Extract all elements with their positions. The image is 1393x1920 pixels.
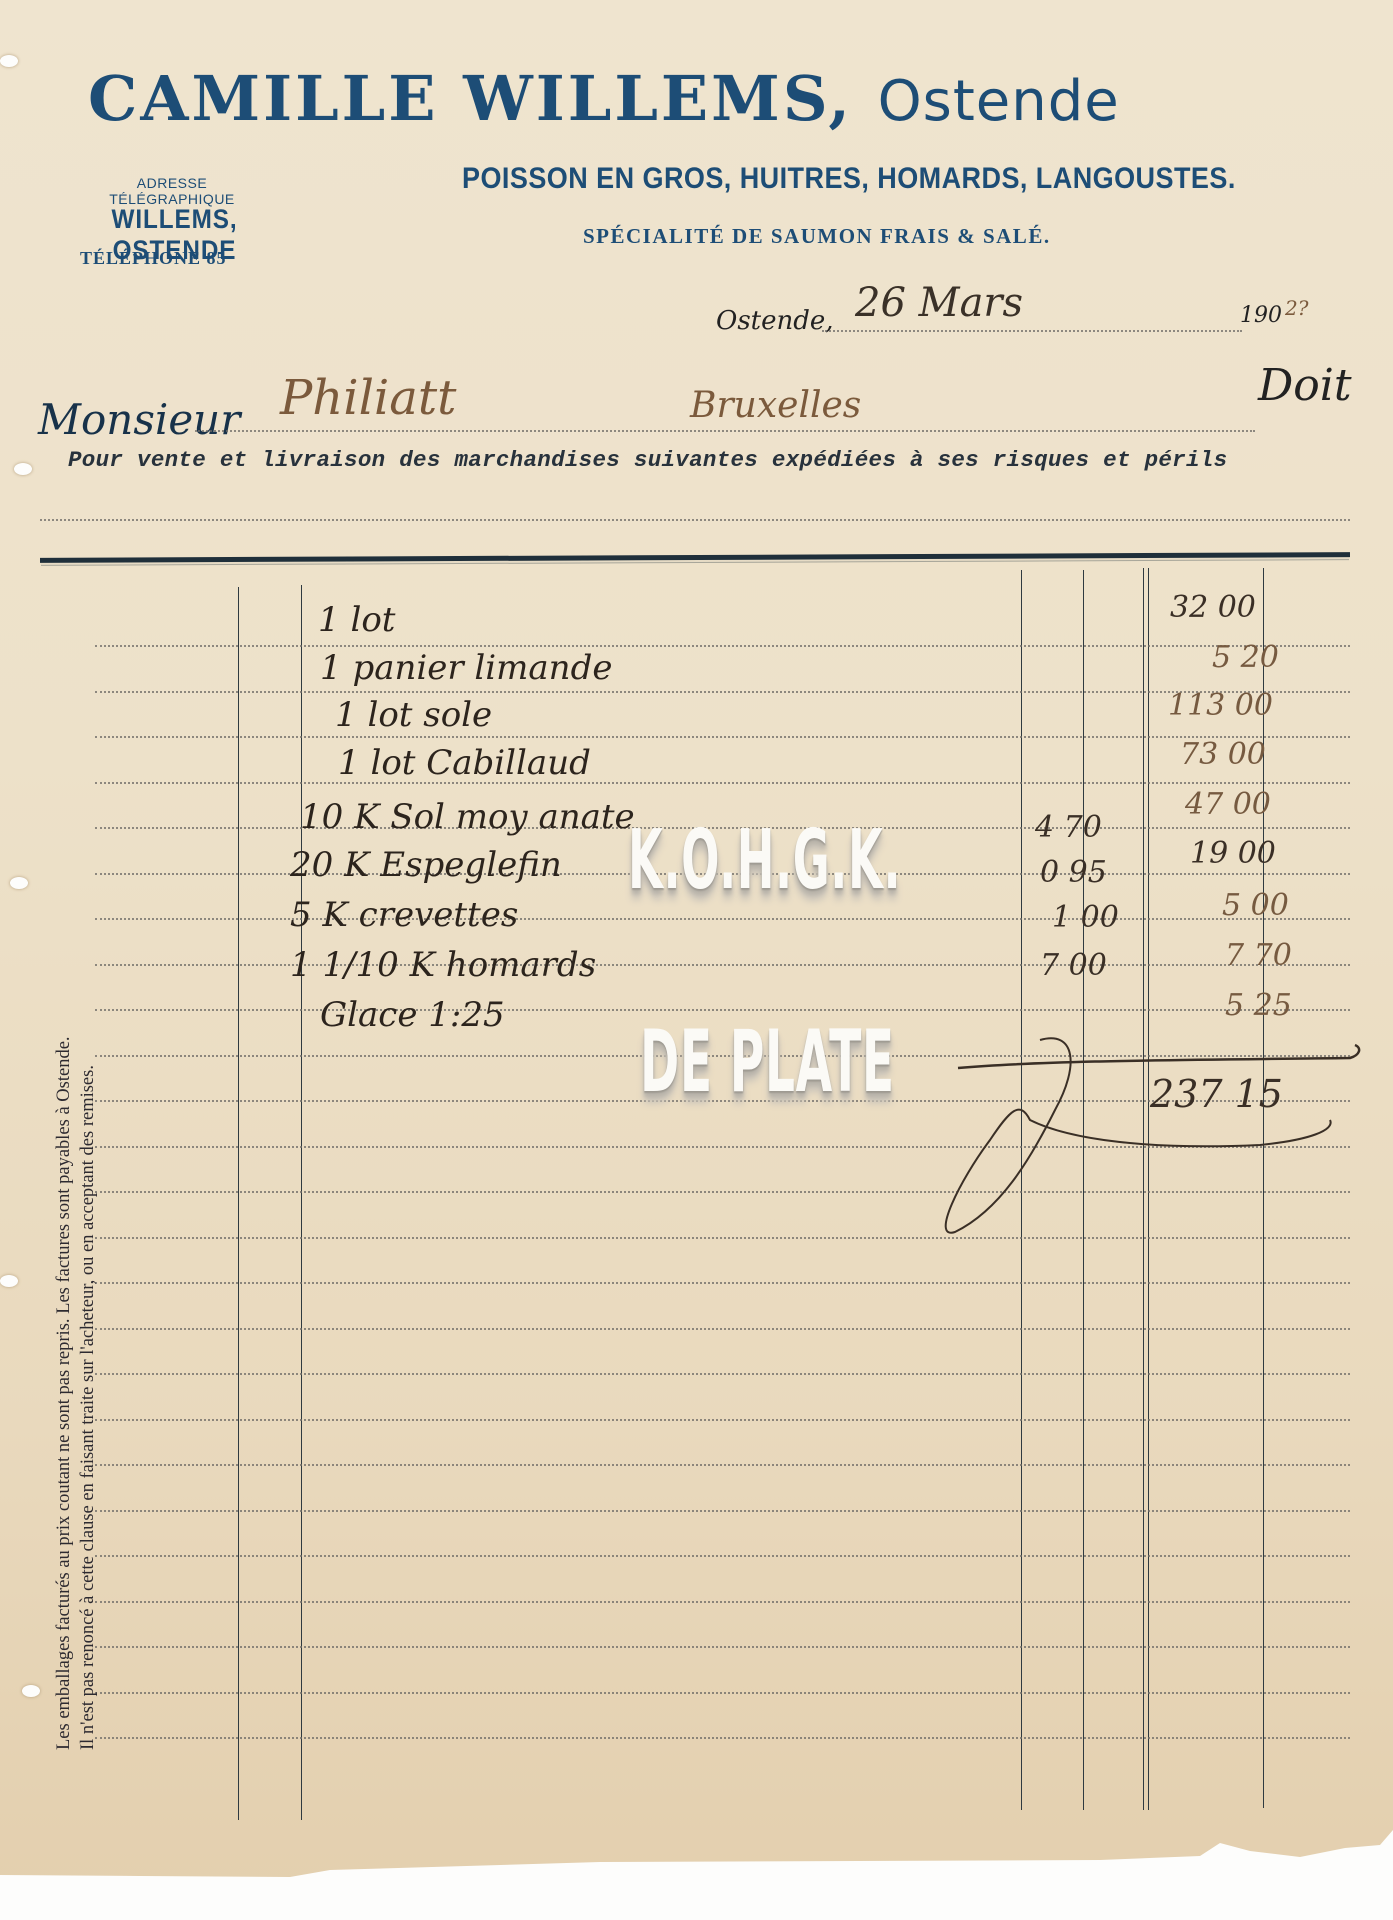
ledger-row-line [95,1510,1350,1512]
ledger-row-line [95,1646,1350,1648]
ledger-row-line [95,1692,1350,1694]
ledger-row-line [95,1328,1350,1330]
ledger-row-line [95,1373,1350,1375]
ledger-row-line [95,1464,1350,1466]
punch-hole [22,1685,40,1697]
invoice-paper: CAMILLE WILLEMS, Ostende ADRESSE TÉLÉGRA… [0,0,1393,1900]
stamp-bottom: DE PLATE [640,1012,895,1112]
stamp-top: K.O.H.G.K. [628,813,901,908]
ledger-row-line [95,1555,1350,1557]
ledger-row-line [95,1419,1350,1421]
ledger-row-line [95,1737,1350,1739]
ledger-row-line [95,1601,1350,1603]
